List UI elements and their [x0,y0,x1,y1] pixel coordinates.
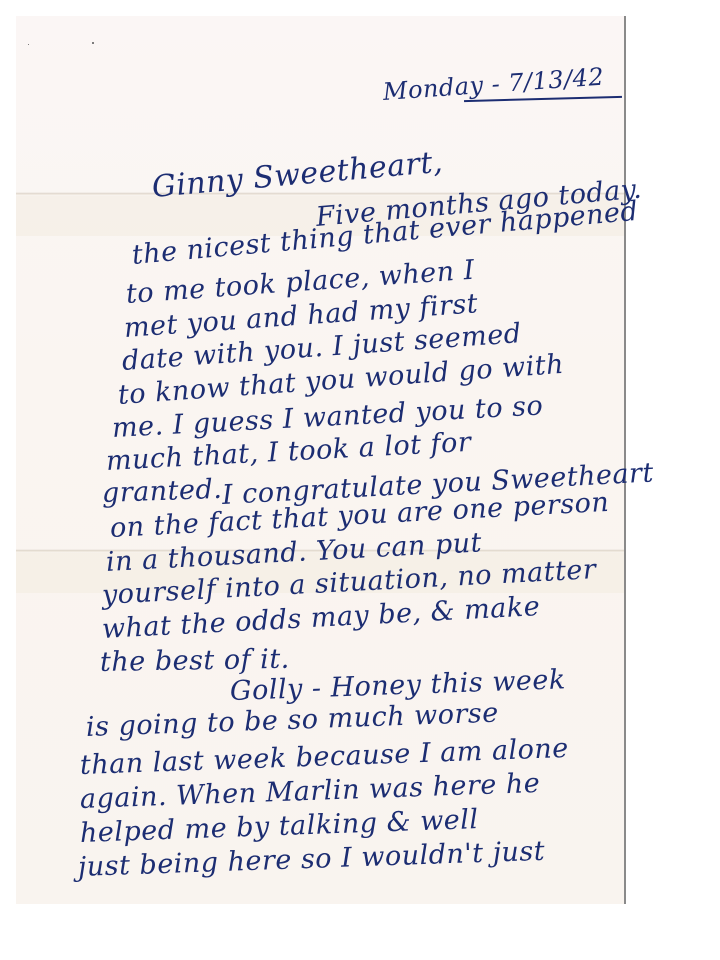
paper-speck [92,42,94,44]
letter-line: the best of it. [100,644,290,678]
letter-line: granted. [101,474,222,509]
paper-speck [28,44,29,45]
